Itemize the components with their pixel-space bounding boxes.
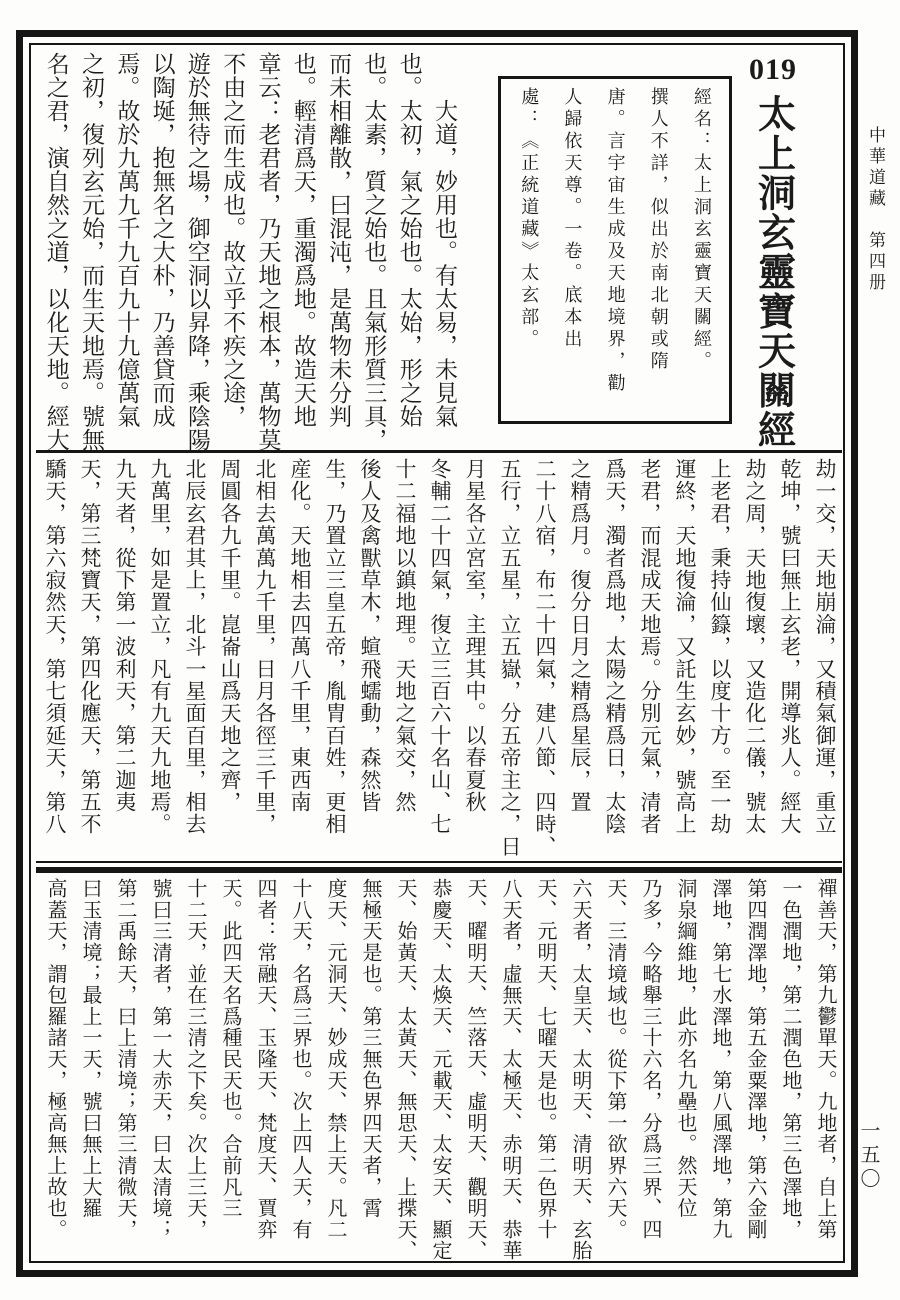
- text-column: 恭慶天、太煥天、元載天、太安天、顯定: [422, 878, 457, 1258]
- text-column: 後人及禽獸草木，蝖飛蠕動，森然皆: [352, 458, 387, 856]
- text-column: 十二天，並在三清之下矣。次上三天，: [177, 878, 212, 1258]
- text-column: 號曰三清者，第一大赤天，曰太清境；: [142, 878, 177, 1258]
- text-column: 北相去萬萬九千里，日月各徑三千里，: [247, 458, 282, 856]
- section-middle: 劫一交，天地崩淪，又積氣御運，重立乾坤，號曰無上玄老，開導兆人。經大劫之周，天地…: [36, 458, 842, 858]
- text-column: 之精爲月。復分日月之精爲星辰，置: [562, 458, 597, 856]
- text-column: 生，乃置立三皇五帝，胤胄百姓，更相: [317, 458, 352, 856]
- top-section-text: 大道，妙用也。有太易，未見氣也。太初，氣之始也。太始，形之始也。太素，質之始也。…: [38, 52, 462, 450]
- text-column: 十八天，名爲三界也。次上四人天，有: [282, 878, 317, 1258]
- text-column: 曰玉清境；最上一天，號曰無上大羅: [72, 878, 107, 1258]
- text-column: 無極天是也。第三無色界四天者，霄: [352, 878, 387, 1258]
- text-column: 劫之周，天地復壞，又造化二儀，號太: [737, 458, 772, 856]
- middle-section-text: 劫一交，天地崩淪，又積氣御運，重立乾坤，號曰無上玄老，開導兆人。經大劫之周，天地…: [36, 458, 842, 856]
- section-divider-thin: [36, 861, 842, 863]
- section-divider-thick: [36, 867, 842, 873]
- text-column: 産化。天地相去四萬八千里，東西南: [282, 458, 317, 856]
- text-column: 九天者，從下第一波利天，第二迦夷: [107, 458, 142, 856]
- section-top: 019 太上洞玄靈寶天關經 經名：太上洞玄靈寶天關經。撰人不詳，似出於南北朝或隋…: [36, 46, 842, 450]
- text-column: 冬輔二十四氣，復立三百六十名山、七: [422, 458, 457, 856]
- text-column: 天、曜明天、竺落天、虛明天、觀明天、: [457, 878, 492, 1258]
- text-column: 北辰玄君其上，北斗一星面百里，相去: [177, 458, 212, 856]
- text-column: 也。太初，氣之始也。太始，形之始: [391, 52, 426, 450]
- text-column: 天、始黃天、太黃天、無思天、上揲天、: [387, 878, 422, 1258]
- text-column: 以陶埏，抱無名之大朴，乃善貸而成: [144, 52, 179, 450]
- text-column: 天、元明天、七曜天是也。第二色界十: [527, 878, 562, 1258]
- text-column: 天，第三梵寶天，第四化應天，第五不: [72, 458, 107, 856]
- text-column: 大道，妙用也。有太易，未見氣: [427, 52, 462, 450]
- text-column: 度天、元洞天、妙成天、禁上天。凡二: [317, 878, 352, 1258]
- text-column: 一色潤地，第二潤色地，第三色澤地，: [772, 878, 807, 1258]
- text-column: 六天者，太皇天、太明天、清明天、玄胎: [562, 878, 597, 1258]
- doc-number: 019: [749, 48, 797, 92]
- text-column: 之初，復列玄元始，而生天地焉。號無: [74, 52, 109, 450]
- abstract-text: 經名：太上洞玄靈寶天關經。撰人不詳，似出於南北朝或隋唐。言宇宙生成及天地境界，勸…: [507, 87, 723, 413]
- text-column: 焉。故於九萬九千九百九十九億萬氣: [109, 52, 144, 450]
- text-column: 運終，天地復淪，又託生玄妙，號高上: [667, 458, 702, 856]
- text-column: 人歸依天尊。一卷。底本出: [550, 87, 593, 413]
- series-label: 中華道藏 第四册: [864, 126, 888, 326]
- text-column: 禪善天，第九鬱單天。九地者，自上第: [807, 878, 842, 1258]
- text-column: 而未相離散，曰混沌，是萬物未分判: [321, 52, 356, 450]
- text-column: 唐。言宇宙生成及天地境界，勸: [593, 87, 636, 413]
- text-column: 洞泉綱維地，此亦名九壘也。然天位: [667, 878, 702, 1258]
- section-divider: [36, 450, 842, 453]
- bottom-section-text: 禪善天，第九鬱單天。九地者，自上第一色潤地，第二潤色地，第三色澤地，第四潤澤地，…: [36, 878, 842, 1258]
- text-column: 名之君，演自然之道，以化天地。經大: [38, 52, 73, 450]
- text-column: 上老君，秉持仙籙，以度十方。至一劫: [702, 458, 737, 856]
- text-column: 周圓各九千里。崑崙山爲天地之齊，: [212, 458, 247, 856]
- text-column: 驕天，第六寂然天，第七須延天，第八: [37, 458, 72, 856]
- text-column: 章云：老君者，乃天地之根本，萬物莫: [250, 52, 285, 450]
- text-column: 八天者，虛無天、太極天、赤明天、恭華: [492, 878, 527, 1258]
- text-column: 天。此四天名爲種民天也。合前凡三: [212, 878, 247, 1258]
- text-column: 第四潤澤地，第五金粟澤地，第六金剛: [737, 878, 772, 1258]
- text-column: 九萬里，如是置立，凡有九天九地焉。: [142, 458, 177, 856]
- page-number: 一五〇: [857, 1120, 883, 1220]
- section-bottom: 禪善天，第九鬱單天。九地者，自上第一色潤地，第二潤色地，第三色澤地，第四潤澤地，…: [36, 878, 842, 1260]
- text-column: 不由之而生成也。故立乎不疾之途，: [215, 52, 250, 450]
- text-column: 高蓋天，謂包羅諸天，極高無上故也。: [37, 878, 72, 1258]
- text-column: 澤地，第七水澤地，第八風澤地，第九: [702, 878, 737, 1258]
- text-column: 撰人不詳，似出於南北朝或隋: [637, 87, 680, 413]
- text-column: 也。太素，質之始也。且氣形質三具，: [356, 52, 391, 450]
- page-title: 太上洞玄靈寶天關經: [746, 94, 801, 450]
- text-column: 十二福地以鎮地理。天地之氣交，然: [387, 458, 422, 856]
- text-column: 四者：常融天、玉隆天、梵度天、賈弈: [247, 878, 282, 1258]
- text-column: 也。輕清爲天，重濁爲地。故造天地: [286, 52, 321, 450]
- text-column: 劫一交，天地崩淪，又積氣御運，重立: [807, 458, 842, 856]
- text-column: 經名：太上洞玄靈寶天關經。: [680, 87, 723, 413]
- text-column: 天、三清境域也。從下第一欲界六天。: [597, 878, 632, 1258]
- text-column: 老君，而混成天地焉。分別元氣，清者: [632, 458, 667, 856]
- text-column: 月星各立宮室，主理其中。以春夏秋: [457, 458, 492, 856]
- text-column: 五行，立五星，立五嶽，分五帝主之，日: [492, 458, 527, 856]
- text-column: 第二禹餘天，曰上清境；第三清微天，: [107, 878, 142, 1258]
- text-column: 乃多，今略舉三十六名，分爲三界、四: [632, 878, 667, 1258]
- abstract-box: 經名：太上洞玄靈寶天關經。撰人不詳，似出於南北朝或隋唐。言宇宙生成及天地境界，勸…: [498, 76, 732, 424]
- text-column: 爲天，濁者爲地，太陽之精爲日，太陰: [597, 458, 632, 856]
- text-column: 遊於無待之場，御空洞以昇降，乘陰陽: [180, 52, 215, 450]
- text-column: 處：《正統道藏》太玄部。: [507, 87, 550, 413]
- text-column: 乾坤，號曰無上玄老，開導兆人。經大: [772, 458, 807, 856]
- title-block: 019 太上洞玄靈寶天關經: [736, 48, 810, 448]
- text-column: 二十八宿，布二十四氣，建八節、四時、: [527, 458, 562, 856]
